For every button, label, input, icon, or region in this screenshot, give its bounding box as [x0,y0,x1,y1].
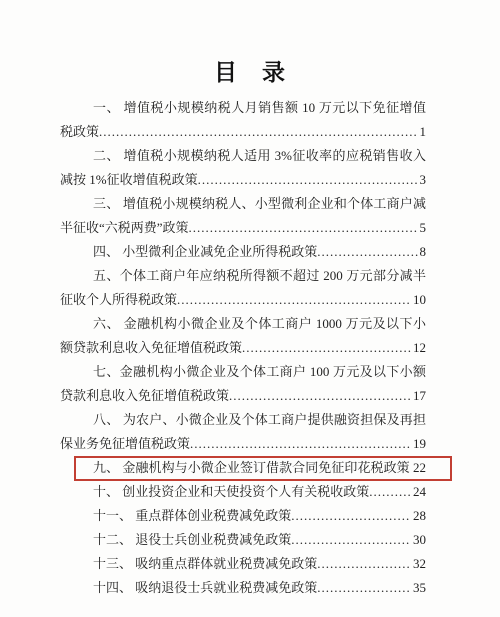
toc-entry-text: 二、 增值税小规模纳税人适用 3%征收率的应税销售收入 [93,148,426,163]
toc-entry-text: 三、 增值税小规模纳税人、小型微利企业和个体工商户减 [93,196,426,211]
dot-leader: ........................................… [99,120,417,144]
toc-entry-line: 税政策 ....................................… [60,120,426,144]
dot-leader: ........................................… [317,240,417,264]
toc-entry-text: 减按 1%征收增值税政策 [60,168,198,192]
page-number: 24 [411,480,426,504]
dot-leader: ........................................… [291,504,411,528]
toc-entry-text: 额贷款利息收入免征增值税政策 [60,336,242,360]
toc-entry-text: 七、金融机构小微企业及个体工商户 100 万元及以下小额 [93,364,426,379]
page-number: 22 [411,456,426,480]
toc-entry-text: 一、 增值税小规模纳税人月销售额 10 万元以下免征增值 [93,100,426,115]
page-number: 12 [411,336,426,360]
toc-entry-text: 四、 小型微利企业减免企业所得税政策 [93,240,317,264]
toc-entry-line: 二、 增值税小规模纳税人适用 3%征收率的应税销售收入 [60,144,426,168]
page-number: 1 [418,120,427,144]
toc-entry-text: 九、 金融机构与小微企业签订借款合同免征印花税政策 [93,456,410,480]
dot-leader: ........................................… [317,576,411,600]
toc-page: 目 录 一、 增值税小规模纳税人月销售额 10 万元以下免征增值 税政策 ...… [0,0,500,617]
toc-entry-line: 十二、 退役士兵创业税费减免政策 .......................… [60,528,426,552]
toc-entry-line: 五、个体工商户年应纳税所得额不超过 200 万元部分减半 [60,264,426,288]
toc-entry-text: 征收个人所得税政策 [60,288,177,312]
toc-entry-line: 保业务免征增值税政策 .............................… [60,432,426,456]
dot-leader: ........................................… [189,216,418,240]
dot-leader: ........................................… [291,528,411,552]
page-title: 目 录 [0,54,500,87]
dot-leader: ........................................… [242,336,411,360]
toc-entry-text: 八、 为农户、小微企业及个体工商户提供融资担保及再担 [93,412,426,427]
toc-entry-text: 半征收“六税两费”政策 [60,216,189,240]
page-number: 32 [411,552,426,576]
toc-entry-text: 税政策 [60,120,99,144]
toc-entry-line: 三、 增值税小规模纳税人、小型微利企业和个体工商户减 [60,192,426,216]
toc-entry-line: 半征收“六税两费”政策 ............................… [60,216,426,240]
toc-entry-text: 十三、 吸纳重点群体就业税费减免政策 [93,552,317,576]
toc-entry-text: 贷款利息收入免征增值税政策 [60,384,229,408]
toc-entry-line: 贷款利息收入免征增值税政策 ..........................… [60,384,426,408]
toc-entry-text: 十二、 退役士兵创业税费减免政策 [93,528,291,552]
toc-entry-text: 六、 金融机构小微企业及个体工商户 1000 万元及以下小 [93,316,426,331]
dot-leader: ........................................… [177,288,411,312]
page-number: 19 [411,432,426,456]
toc-entry-line: 九、 金融机构与小微企业签订借款合同免征印花税政策 22 [60,456,426,480]
toc-entry-line: 征收个人所得税政策 ..............................… [60,288,426,312]
toc-entry-line: 额贷款利息收入免征增值税政策 .........................… [60,336,426,360]
toc-entry-text: 十四、 吸纳退役士兵就业税费减免政策 [93,576,317,600]
toc-list: 一、 增值税小规模纳税人月销售额 10 万元以下免征增值 税政策 .......… [60,96,426,600]
toc-entry-line: 六、 金融机构小微企业及个体工商户 1000 万元及以下小 [60,312,426,336]
toc-entry-line: 十一、 重点群体创业税费减免政策 .......................… [60,504,426,528]
page-number: 17 [411,384,426,408]
page-number: 28 [411,504,426,528]
page-number: 8 [418,240,427,264]
dot-leader: ........................................… [369,480,411,504]
toc-entry-line: 十四、 吸纳退役士兵就业税费减免政策 .....................… [60,576,426,600]
toc-entry-line: 十三、 吸纳重点群体就业税费减免政策 .....................… [60,552,426,576]
toc-entry-line: 四、 小型微利企业减免企业所得税政策 .....................… [60,240,426,264]
dot-leader: ........................................… [229,384,411,408]
toc-entry-text: 五、个体工商户年应纳税所得额不超过 200 万元部分减半 [93,268,426,283]
toc-entry-text: 十一、 重点群体创业税费减免政策 [93,504,291,528]
toc-entry-text: 十、 创业投资企业和天使投资个人有关税收政策 [93,480,369,504]
toc-entry-line: 减按 1%征收增值税政策 ...........................… [60,168,426,192]
page-number: 3 [418,168,427,192]
toc-entry-line: 八、 为农户、小微企业及个体工商户提供融资担保及再担 [60,408,426,432]
dot-leader: ........................................… [198,168,418,192]
dot-leader: ........................................… [190,432,411,456]
toc-entry-line: 七、金融机构小微企业及个体工商户 100 万元及以下小额 [60,360,426,384]
toc-entry-line: 十、 创业投资企业和天使投资个人有关税收政策 .................… [60,480,426,504]
toc-entry-line: 一、 增值税小规模纳税人月销售额 10 万元以下免征增值 [60,96,426,120]
page-number: 10 [411,288,426,312]
page-number: 30 [411,528,426,552]
dot-leader: ........................................… [317,552,411,576]
toc-entry-text: 保业务免征增值税政策 [60,432,190,456]
page-number: 5 [418,216,427,240]
page-number: 35 [411,576,426,600]
